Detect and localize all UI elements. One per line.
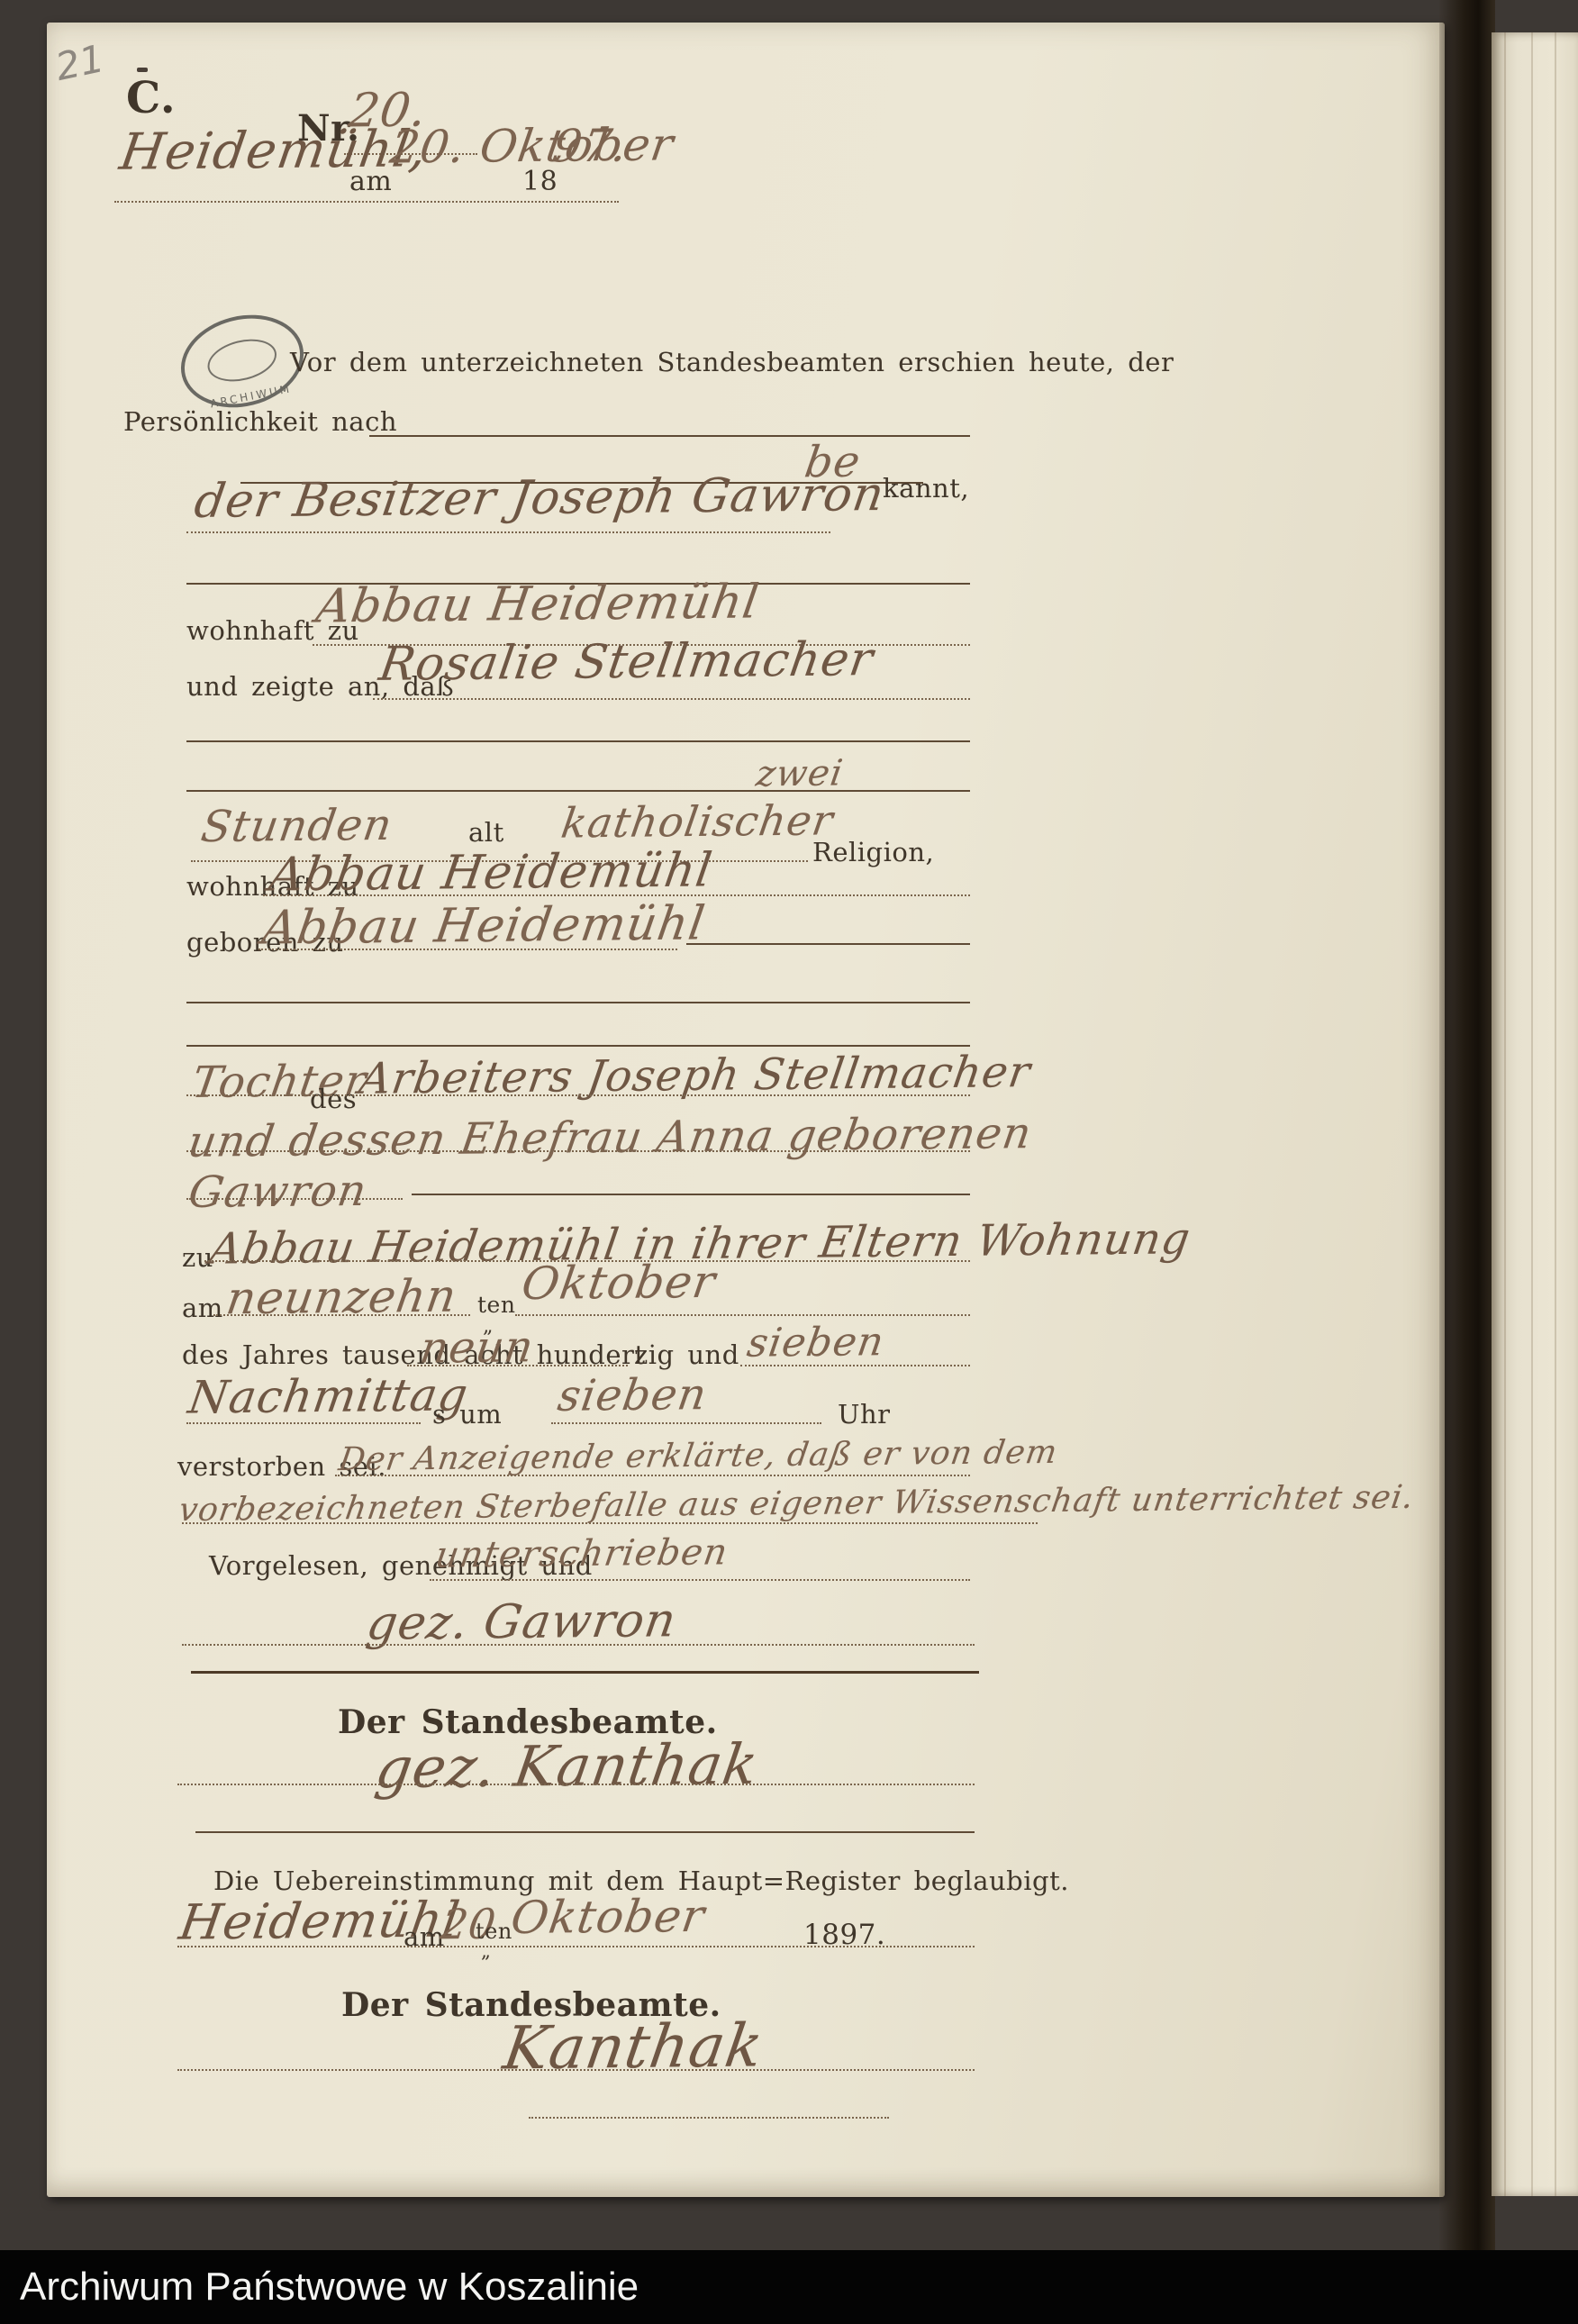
declarant-rule <box>186 531 830 533</box>
age-value: Stunden <box>198 802 395 851</box>
deceased-name: Rosalie Stellmacher <box>376 634 876 691</box>
signature-rule-short <box>529 2117 889 2119</box>
note-line2: vorbezeichneten Sterbefalle aus eigener … <box>177 1480 1417 1529</box>
residence2-rule <box>263 894 970 896</box>
intro-line: Vor dem unterzeichneten Standesbeamten e… <box>290 349 1174 377</box>
hour-rule <box>551 1422 821 1424</box>
identity-rule <box>369 435 970 437</box>
date-prefix: am <box>349 167 392 196</box>
signature-rule-1 <box>182 1644 975 1646</box>
note-line1: Der Anzeigende erklärte, daß er von dem <box>336 1435 1060 1478</box>
birthplace-rule-tail <box>686 943 970 945</box>
hour-value: sieben <box>555 1371 711 1421</box>
binding-gutter <box>1439 0 1495 2252</box>
hour-label: Uhr <box>838 1401 890 1430</box>
mother-rule <box>186 1150 970 1152</box>
death-day-label: am <box>182 1294 223 1323</box>
section-separator <box>191 1671 979 1674</box>
page-edge-line <box>1504 32 1506 2196</box>
death-day-rule <box>213 1314 470 1316</box>
year-written: 97. <box>549 122 631 172</box>
known-printed: kannt, <box>883 475 969 504</box>
time-infix: s um <box>432 1401 502 1430</box>
year-units-rule <box>740 1365 970 1366</box>
page-edge-line <box>1531 32 1533 2196</box>
note-rule-2 <box>182 1522 1038 1524</box>
certify-suffix-mark: „ <box>481 1941 491 1962</box>
residence-value: Abbau Heidemühl <box>313 576 762 632</box>
closing-hand: unterschrieben <box>432 1532 730 1575</box>
pencil-page-number: 21 <box>52 38 108 88</box>
deceased-rule <box>373 698 970 700</box>
religion-label: Religion, <box>812 839 934 867</box>
daytime-value: Nachmittag <box>186 1370 472 1422</box>
mother-line: und dessen Ehefrau Anna geborenen <box>185 1110 1035 1167</box>
mother-name: Gawron <box>186 1167 370 1217</box>
blank-rule-3 <box>186 740 970 742</box>
archival-scan: 21 C. Nr. 20. Heidemühl, am 20. Oktober … <box>0 0 1578 2324</box>
year-line-mid: zig und <box>634 1341 739 1370</box>
identity-label: Persönlichkeit nach <box>123 408 397 437</box>
death-month-value: Oktober <box>519 1257 719 1309</box>
father-rule <box>186 1094 970 1096</box>
birthplace-value: Abbau Heidemühl <box>258 898 708 954</box>
page-edge-line <box>1555 32 1556 2196</box>
declarant-value: der Besitzer Joseph Gawron <box>191 469 888 528</box>
religion-value: katholischer <box>558 797 837 846</box>
archive-caption-text: Archiwum Państwowe w Koszalinie <box>20 2250 639 2324</box>
note-rule-1 <box>335 1475 970 1476</box>
death-month-rule <box>515 1314 970 1316</box>
certify-separator <box>195 1831 975 1833</box>
date-value: 20. Oktober <box>387 120 677 172</box>
year-tens-rule <box>407 1365 628 1366</box>
age-label: alt <box>468 819 504 848</box>
age-interline-value: zwei <box>754 753 846 794</box>
blank-rule-4 <box>186 790 970 792</box>
signature-rule-3 <box>177 2069 975 2071</box>
certify-month: Oktober <box>508 1892 708 1943</box>
section-letter: C. <box>126 75 176 123</box>
relation-printed: des <box>310 1085 357 1114</box>
closing-rule <box>430 1579 970 1581</box>
ink-dash-mark <box>137 68 148 72</box>
residence2-value: Abbau Heidemühl <box>266 845 715 901</box>
signature-declarant: gez. Gawron <box>363 1595 679 1650</box>
opposite-page-edge <box>1492 32 1578 2196</box>
blank-rule-6 <box>186 1045 970 1047</box>
mother-name-rule-tail <box>412 1194 970 1195</box>
signature-registrar-2: Kanthak <box>499 2014 767 2083</box>
signature-registrar: gez. Kanthak <box>372 1734 763 1800</box>
birthplace-rule <box>258 949 677 950</box>
signature-rule-2 <box>177 1784 975 1785</box>
day-suffix: ten <box>477 1293 515 1318</box>
mother-name-rule <box>186 1198 403 1200</box>
dateline-rule <box>114 201 619 203</box>
year-units-value: sieben <box>744 1321 887 1366</box>
daytime-rule <box>186 1422 421 1424</box>
death-record-page: 21 C. Nr. 20. Heidemühl, am 20. Oktober … <box>47 23 1445 2197</box>
certify-rule <box>177 1946 975 1947</box>
blank-rule-5 <box>186 1002 970 1003</box>
archive-caption-bar: Archiwum Państwowe w Koszalinie <box>0 2250 1578 2324</box>
